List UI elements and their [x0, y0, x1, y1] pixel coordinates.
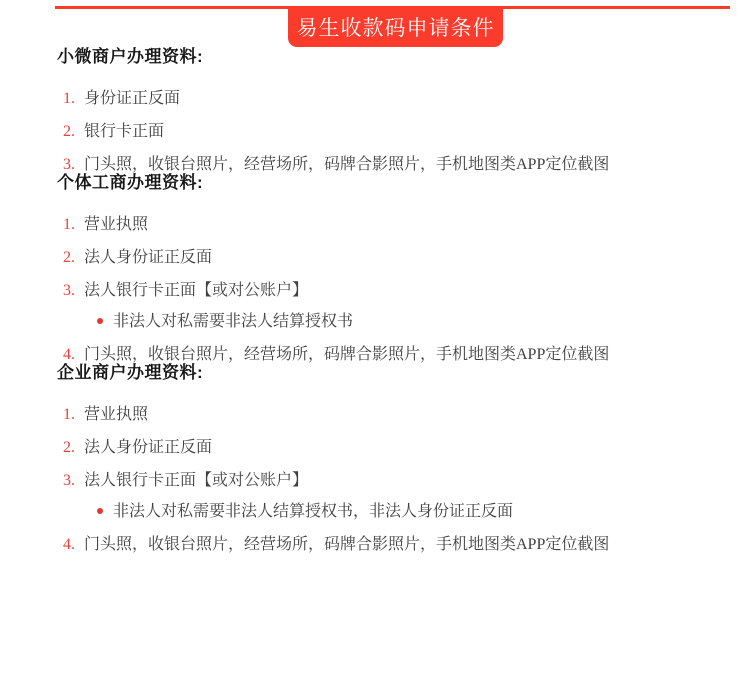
requirement-list: 1.营业执照 2.法人身份证正反面 3.法人银行卡正面【或对公账户】 非法人对私… [0, 406, 737, 553]
list-item: 2.法人身份证正反面 [0, 439, 737, 456]
list-item-text: 门头照，收银台照片，经营场所，码牌合影照片，手机地图类APP定位截图 [84, 536, 609, 553]
section-heading: 小微商户办理资料: [0, 47, 737, 67]
section-micro-merchant: 小微商户办理资料: 1.身份证正反面 2.银行卡正面 3.门头照，收银台照片，经… [0, 47, 737, 173]
list-item: 1.营业执照 [0, 216, 737, 233]
section-heading: 个体工商办理资料: [0, 173, 737, 193]
list-item: 1.营业执照 [0, 406, 737, 423]
list-item-number: 3. [63, 472, 75, 489]
section-individual-business: 个体工商办理资料: 1.营业执照 2.法人身份证正反面 3.法人银行卡正面【或对… [0, 173, 737, 363]
list-item-text: 法人银行卡正面【或对公账户】 [84, 472, 308, 489]
page-header: 易生收款码申请条件 [0, 0, 737, 47]
title-banner: 易生收款码申请条件 [288, 6, 503, 47]
list-item-number: 1. [63, 406, 75, 423]
bullet-dot-icon [97, 508, 103, 514]
list-item-text: 门头照，收银台照片，经营场所，码牌合影照片，手机地图类APP定位截图 [84, 156, 609, 173]
list-item-number: 3. [63, 282, 75, 299]
list-item-text: 法人银行卡正面【或对公账户】 [84, 282, 308, 299]
list-item-text: 法人身份证正反面 [84, 249, 212, 266]
list-item-text: 营业执照 [84, 216, 148, 233]
list-item-text: 法人身份证正反面 [84, 439, 212, 456]
page-title: 易生收款码申请条件 [297, 12, 495, 42]
list-item: 4.门头照，收银台照片，经营场所，码牌合影照片，手机地图类APP定位截图 [0, 346, 737, 363]
list-item-number: 2. [63, 123, 75, 140]
list-item-number: 4. [63, 346, 75, 363]
list-item-number: 2. [63, 249, 75, 266]
sub-bullet-text: 非法人对私需要非法人结算授权书，非法人身份证正反面 [113, 503, 513, 520]
section-heading: 企业商户办理资料: [0, 363, 737, 383]
list-item: 3.法人银行卡正面【或对公账户】 非法人对私需要非法人结算授权书，非法人身份证正… [0, 472, 737, 520]
list-item-number: 1. [63, 216, 75, 233]
sub-bullet-text: 非法人对私需要非法人结算授权书 [113, 313, 353, 330]
sub-bullet-item: 非法人对私需要非法人结算授权书 [63, 313, 737, 330]
list-item: 3.法人银行卡正面【或对公账户】 非法人对私需要非法人结算授权书 [0, 282, 737, 330]
list-item: 2.法人身份证正反面 [0, 249, 737, 266]
list-item: 3.门头照，收银台照片，经营场所，码牌合影照片，手机地图类APP定位截图 [0, 156, 737, 173]
bullet-dot-icon [97, 318, 103, 324]
requirement-list: 1.营业执照 2.法人身份证正反面 3.法人银行卡正面【或对公账户】 非法人对私… [0, 216, 737, 363]
list-item-number: 2. [63, 439, 75, 456]
list-item-number: 3. [63, 156, 75, 173]
requirement-list: 1.身份证正反面 2.银行卡正面 3.门头照，收银台照片，经营场所，码牌合影照片… [0, 90, 737, 173]
list-item: 1.身份证正反面 [0, 90, 737, 107]
list-item-text: 身份证正反面 [84, 90, 180, 107]
list-item-number: 4. [63, 536, 75, 553]
sub-bullet-item: 非法人对私需要非法人结算授权书，非法人身份证正反面 [63, 503, 737, 520]
list-item-text: 银行卡正面 [84, 123, 164, 140]
section-enterprise-merchant: 企业商户办理资料: 1.营业执照 2.法人身份证正反面 3.法人银行卡正面【或对… [0, 363, 737, 553]
list-item-text: 营业执照 [84, 406, 148, 423]
list-item: 4.门头照，收银台照片，经营场所，码牌合影照片，手机地图类APP定位截图 [0, 536, 737, 553]
list-item-number: 1. [63, 90, 75, 107]
list-item: 2.银行卡正面 [0, 123, 737, 140]
list-item-text: 门头照，收银台照片，经营场所，码牌合影照片，手机地图类APP定位截图 [84, 346, 609, 363]
